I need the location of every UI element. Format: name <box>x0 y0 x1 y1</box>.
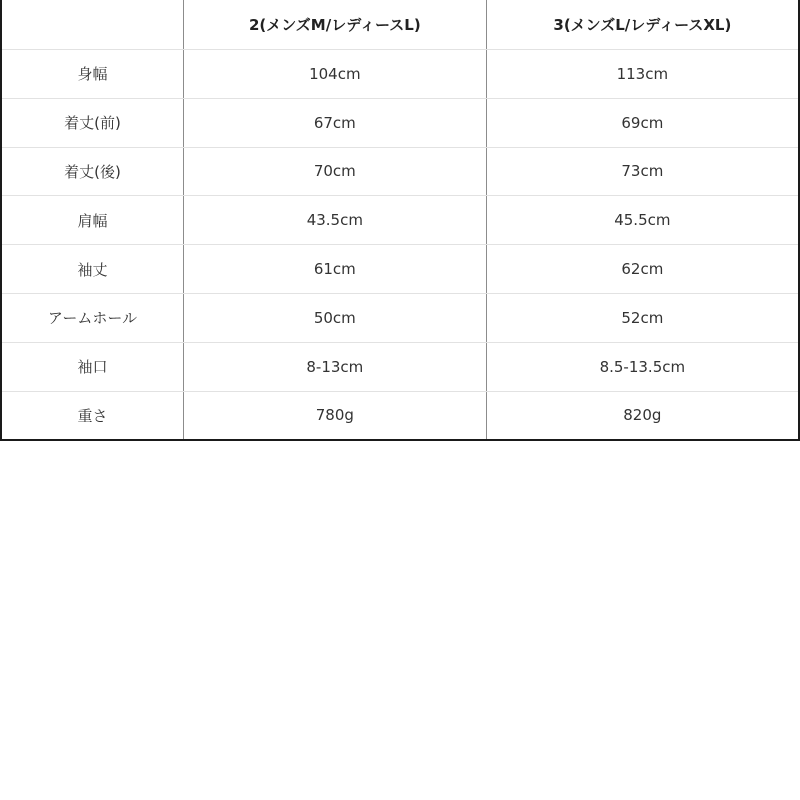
corner-cell <box>1 0 183 50</box>
table-row: 肩幅 43.5cm 45.5cm <box>1 196 799 245</box>
value-cell-size3: 52cm <box>486 293 799 342</box>
row-label-cell: 肩幅 <box>1 196 183 245</box>
table-row: 袖丈 61cm 62cm <box>1 245 799 294</box>
value-cell-size3: 62cm <box>486 245 799 294</box>
table-row: 着丈(前) 67cm 69cm <box>1 98 799 147</box>
value-cell-size3: 73cm <box>486 147 799 196</box>
row-label-cell: 重さ <box>1 391 183 440</box>
size-chart-table: 2(メンズM/レディースL) 3(メンズL/レディースXL) 身幅 104cm … <box>0 0 800 441</box>
column-header-size2: 2(メンズM/レディースL) <box>183 0 486 50</box>
value-cell-size2: 50cm <box>183 293 486 342</box>
row-label-cell: 身幅 <box>1 50 183 99</box>
value-cell-size3: 45.5cm <box>486 196 799 245</box>
value-cell-size2: 67cm <box>183 98 486 147</box>
value-cell-size2: 61cm <box>183 245 486 294</box>
value-cell-size2: 104cm <box>183 50 486 99</box>
table-row: 身幅 104cm 113cm <box>1 50 799 99</box>
row-label-cell: 着丈(後) <box>1 147 183 196</box>
value-cell-size3: 820g <box>486 391 799 440</box>
table-row: 着丈(後) 70cm 73cm <box>1 147 799 196</box>
value-cell-size2: 780g <box>183 391 486 440</box>
value-cell-size2: 70cm <box>183 147 486 196</box>
row-label-cell: 袖口 <box>1 342 183 391</box>
value-cell-size3: 113cm <box>486 50 799 99</box>
row-label-cell: アームホール <box>1 293 183 342</box>
table-row: アームホール 50cm 52cm <box>1 293 799 342</box>
value-cell-size3: 69cm <box>486 98 799 147</box>
header-row: 2(メンズM/レディースL) 3(メンズL/レディースXL) <box>1 0 799 50</box>
row-label-cell: 袖丈 <box>1 245 183 294</box>
value-cell-size3: 8.5-13.5cm <box>486 342 799 391</box>
page-background: 2(メンズM/レディースL) 3(メンズL/レディースXL) 身幅 104cm … <box>0 0 800 800</box>
column-header-size3: 3(メンズL/レディースXL) <box>486 0 799 50</box>
value-cell-size2: 43.5cm <box>183 196 486 245</box>
table-row: 重さ 780g 820g <box>1 391 799 440</box>
table-row: 袖口 8-13cm 8.5-13.5cm <box>1 342 799 391</box>
value-cell-size2: 8-13cm <box>183 342 486 391</box>
row-label-cell: 着丈(前) <box>1 98 183 147</box>
